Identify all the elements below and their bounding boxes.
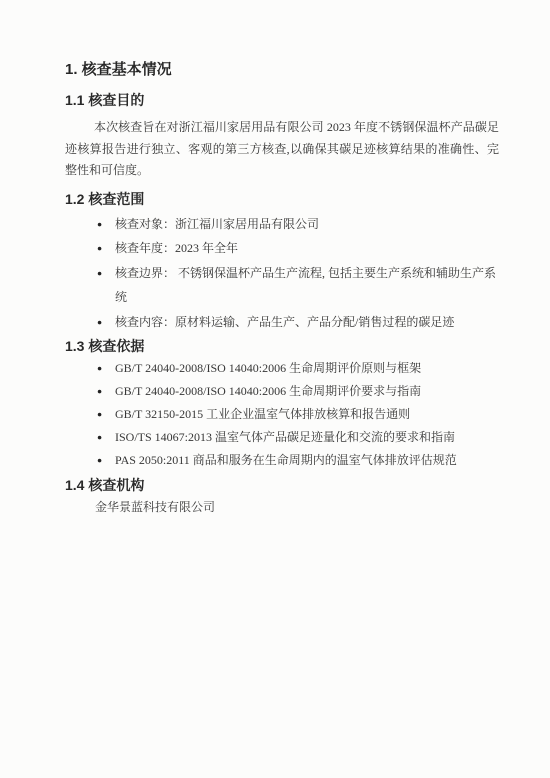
bullet-icon: ● — [97, 212, 115, 237]
scope-list: ● 核查对象：浙江福川家居用品有限公司 ● 核查年度：2023 年全年 ● 核查… — [65, 212, 499, 335]
list-item: ● 核查边界： 不锈钢保温杯产品生产流程, 包括主要生产系统和辅助生产系统 — [65, 261, 499, 310]
list-item: ● 核查年度：2023 年全年 — [65, 236, 499, 261]
bullet-icon: ● — [97, 261, 115, 310]
bullet-icon: ● — [97, 403, 115, 426]
purpose-paragraph: 本次核查旨在对浙江福川家居用品有限公司 2023 年度不锈钢保温杯产品碳足迹核算… — [65, 117, 499, 182]
list-item-text: GB/T 32150-2015 工业企业温室气体排放核算和报告通则 — [115, 403, 499, 426]
list-item-text: 核查边界： 不锈钢保温杯产品生产流程, 包括主要生产系统和辅助生产系统 — [115, 261, 499, 310]
list-item: ● 核查内容：原材料运输、产品生产、产品分配/销售过程的碳足迹 — [65, 310, 499, 335]
bullet-icon: ● — [97, 449, 115, 472]
subsection-heading-purpose: 1.1 核查目的 — [65, 91, 499, 110]
list-item-text: ISO/TS 14067:2013 温室气体产品碳足迹量化和交流的要求和指南 — [115, 426, 499, 449]
list-item-text: PAS 2050:2011 商品和服务在生命周期内的温室气体排放评估规范 — [115, 449, 499, 472]
bullet-icon: ● — [97, 310, 115, 335]
list-item-text: GB/T 24040-2008/ISO 14040:2006 生命周期评价原则与… — [115, 357, 499, 380]
list-item: ● PAS 2050:2011 商品和服务在生命周期内的温室气体排放评估规范 — [65, 449, 499, 472]
bullet-icon: ● — [97, 236, 115, 261]
list-item: ● 核查对象：浙江福川家居用品有限公司 — [65, 212, 499, 237]
list-item: ● GB/T 32150-2015 工业企业温室气体排放核算和报告通则 — [65, 403, 499, 426]
report-page: 1. 核查基本情况 1.1 核查目的 本次核查旨在对浙江福川家居用品有限公司 2… — [0, 0, 550, 778]
list-item: ● GB/T 24040-2008/ISO 14040:2006 生命周期评价要… — [65, 380, 499, 403]
list-item: ● GB/T 24040-2008/ISO 14040:2006 生命周期评价原… — [65, 357, 499, 380]
basis-list: ● GB/T 24040-2008/ISO 14040:2006 生命周期评价原… — [65, 357, 499, 472]
subsection-heading-agency: 1.4 核查机构 — [65, 476, 499, 495]
list-item: ● ISO/TS 14067:2013 温室气体产品碳足迹量化和交流的要求和指南 — [65, 426, 499, 449]
list-item-text: 核查内容：原材料运输、产品生产、产品分配/销售过程的碳足迹 — [115, 310, 499, 335]
list-item-text: 核查年度：2023 年全年 — [115, 236, 499, 261]
list-item-text: 核查对象：浙江福川家居用品有限公司 — [115, 212, 499, 237]
subsection-heading-basis: 1.3 核查依据 — [65, 337, 499, 356]
bullet-icon: ● — [97, 426, 115, 449]
subsection-heading-scope: 1.2 核查范围 — [65, 190, 499, 209]
bullet-icon: ● — [97, 357, 115, 380]
section-heading: 1. 核查基本情况 — [65, 60, 499, 80]
bullet-icon: ● — [97, 380, 115, 403]
list-item-text: GB/T 24040-2008/ISO 14040:2006 生命周期评价要求与… — [115, 380, 499, 403]
agency-name: 金华景蓝科技有限公司 — [65, 497, 499, 519]
